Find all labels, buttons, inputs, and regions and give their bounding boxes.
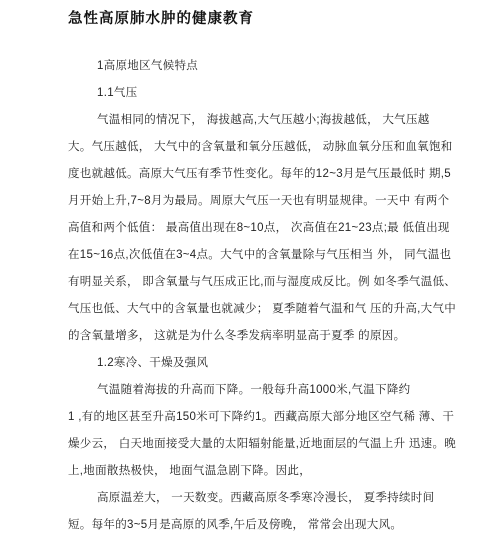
paragraph-line: 气温随着海拔的升高而下降。一般每升高1000米,气温下降约: [68, 377, 468, 404]
paragraph-line: 大。气压越低， 大气中的含氧量和氧分压越低， 动脉血氧分压和血氧饱和: [68, 134, 468, 161]
paragraph-line: 燥少云， 白天地面接受大量的太阳辐射能量,近地面层的气温上升 迅速。晚: [68, 431, 468, 458]
document-title: 急性高原肺水肿的健康教育: [68, 6, 468, 33]
paragraph-line: 上,地面散热极快， 地面气温急剧下降。因此，: [68, 458, 468, 485]
paragraph-line: 的含氧量增多， 这就是为什么冬季发病率明显高于夏季 的原因。: [68, 323, 468, 350]
paragraph-line: 高原温差大， 一天数变。西藏高原冬季寒冷漫长， 夏季持续时间: [68, 485, 468, 512]
paragraph-line: 月开始上升,7~8月为最局。周原大气压一天也有明显规律。一天中 有两个: [68, 188, 468, 215]
paragraph-line: 气压也低、大气中的含氧量也就减少； 夏季随着气温和气 压的升高,大气中: [68, 296, 468, 323]
section-heading-1-2: 1.2寒冷、干燥及强风: [68, 350, 468, 377]
paragraph-line: 高值和两个低值： 最高值出现在8~10点， 次高值在21~23点;最 低值出现: [68, 215, 468, 242]
blank-line: [68, 33, 468, 53]
section-heading-1: 1高原地区气候特点: [68, 53, 468, 80]
paragraph-line: 度也就越低。高原大气压有季节性变化。每年的12~3月是气压最低时 期,5: [68, 161, 468, 188]
section-heading-1-1: 1.1气压: [68, 80, 468, 107]
paragraph-line: 短。每年的3~5月是高原的风季,午后及傍晚， 常常会出现大风。: [68, 512, 468, 539]
document-body: 急性高原肺水肿的健康教育 1高原地区气候特点 1.1气压 气温相同的情况下， 海…: [68, 6, 468, 539]
paragraph-line: 1 ,有的地区甚至升高150米可下降约1。西藏高原大部分地区空气稀 薄、干: [68, 404, 468, 431]
document-page: 急性高原肺水肿的健康教育 1高原地区气候特点 1.1气压 气温相同的情况下， 海…: [0, 0, 500, 552]
paragraph-line: 有明显关系， 即含氧量与气压成正比,而与湿度成反比。例 如冬季气温低、: [68, 269, 468, 296]
paragraph-line: 在15~16点,次低值在3~4点。大气中的含氧量除与气压相当 外， 同气温也: [68, 242, 468, 269]
paragraph-line: 气温相同的情况下， 海拔越高,大气压越小;海拔越低， 大气压越: [68, 107, 468, 134]
